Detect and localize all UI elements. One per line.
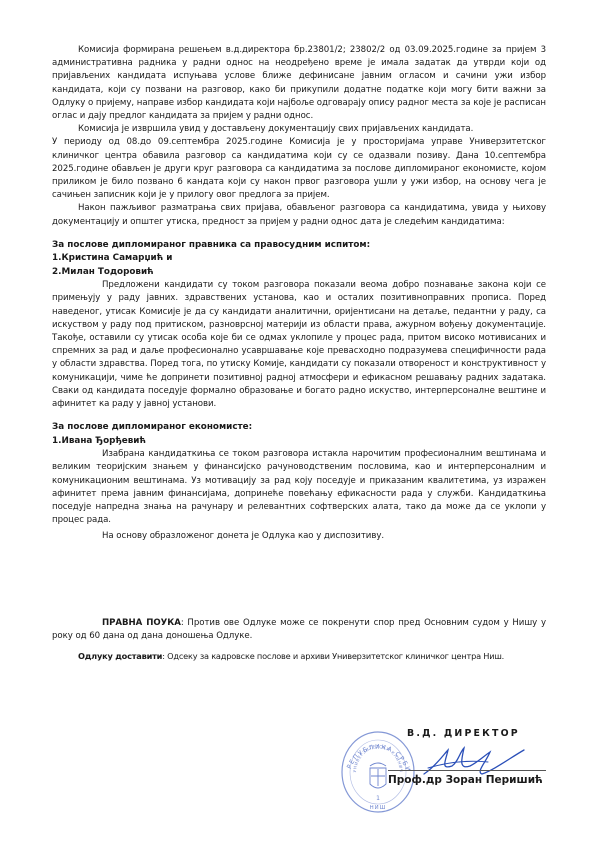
paragraph-interviews: У периоду од 08.до 09.септембра 2025.год… xyxy=(52,136,546,202)
section-lawyer-text: Предложени кандидати су током разговора … xyxy=(52,279,546,411)
candidate-name: 2.Милан Тодоровић xyxy=(52,266,546,279)
delivery-label: Одлуку доставити xyxy=(78,651,162,661)
official-stamp-icon: РЕПУБЛИКА СРБИЈА УНИВЕРЗИТЕТСКИ КЛИНИЧКИ… xyxy=(339,728,417,814)
section-lawyer-heading: За послове дипломираног правника са прав… xyxy=(52,239,546,253)
section-economist-heading: За послове дипломираног економисте: xyxy=(52,421,546,435)
paragraph-preference: Након пажљивог разматрања свих пријава, … xyxy=(52,202,546,228)
delivery-text: : Одсеку за кадровске послове и архиви У… xyxy=(162,651,504,661)
candidate-name: 1.Кристина Самарџић и xyxy=(52,252,546,265)
legal-notice: ПРАВНА ПОУКА: Против ове Одлуке може се … xyxy=(52,617,546,643)
svg-text:1: 1 xyxy=(376,795,380,802)
candidate-name: 1.Ивана Ђорђевић xyxy=(52,435,546,448)
legal-notice-label: ПРАВНА ПОУКА xyxy=(102,618,181,628)
section-economist-text: Изабрана кандидаткиња се током разговора… xyxy=(52,448,546,527)
director-name: Проф.др Зоран Перишић xyxy=(388,774,543,786)
paragraph-commission-formed: Комисија формирана решењем в.д.директора… xyxy=(52,44,546,123)
director-title: В.Д. ДИРЕКТОР xyxy=(407,728,520,739)
document-body: Комисија формирана решењем в.д.директора… xyxy=(52,44,546,543)
conclusion-text: На основу образложеног донета је Одлука … xyxy=(52,530,546,543)
delivery-notice: Одлуку доставити: Одсеку за кадровске по… xyxy=(52,650,572,663)
svg-text:НИШ: НИШ xyxy=(370,805,387,811)
signature-line xyxy=(388,770,546,771)
paragraph-documentation-review: Комисија је извршила увид у достављену д… xyxy=(52,123,546,136)
